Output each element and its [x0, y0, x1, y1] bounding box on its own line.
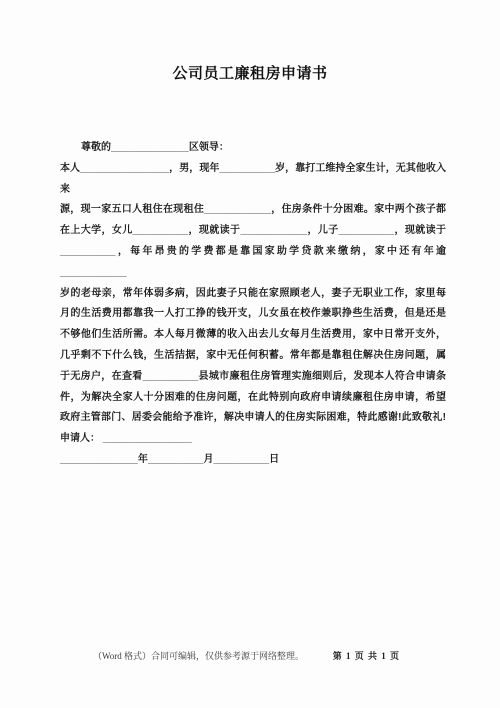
document-title: 公司员工廉租房申请书	[0, 62, 500, 83]
body-line: 于无房户，在查看__________县城市廉租住房管理实施细则后，发现本人符合申…	[60, 367, 446, 388]
body-line: 件，为解决全家人十分困难的住房问题，在此特别向政府申请续廉租住房申请，希望	[60, 388, 446, 409]
body-line: 几乎剩不下什么钱，生活拮据，家中无任何积蓄。常年都是靠租住解决住房问题，属	[60, 346, 446, 367]
body-line-date: ______________年__________月__________日	[60, 450, 446, 471]
body-line: 源，现一家五口人租住在现租住____________，住房条件十分困难。家中两个…	[60, 200, 446, 221]
body-line: 月的生活费用都靠我一人打工挣的钱开支，儿女虽在校作兼职挣些生活费，但是还是	[60, 304, 446, 325]
body-line-applicant: 申请人： ________________	[60, 429, 446, 450]
body-line: 政府主管部门、居委会能给予准许，解决申请人的住房实际困难，特此感谢!此致敬礼!	[60, 408, 446, 429]
body-line: __________，每年昂贵的学费都是靠国家助学贷款来缴纳，家中还有年逾___…	[60, 242, 446, 284]
document-body: 尊敬的______________区领导： 本人________________…	[60, 138, 446, 471]
document-page: 公司员工廉租房申请书 尊敬的______________区领导： 本人_____…	[0, 0, 500, 708]
body-line: 不够他们生活所需。本人每月微薄的收入出去儿女每月生活费用，家中日常开支外，	[60, 325, 446, 346]
body-line: 岁的老母亲，常年体弱多病，因此妻子只能在家照顾老人，妻子无职业工作，家里每	[60, 284, 446, 305]
footer-note: （Word 格式）合同可编辑，仅供参考源于网络整理。	[93, 649, 304, 662]
page-number: 第 1 页 共 1 页	[333, 649, 400, 662]
body-line-salutation: 尊敬的______________区领导：	[60, 138, 446, 159]
body-line: 在上大学，女儿__________，现就读于____________，儿子___…	[60, 221, 446, 242]
body-line: 本人________________，男，现年__________岁，靠打工维持…	[60, 159, 446, 201]
document-footer: （Word 格式）合同可编辑，仅供参考源于网络整理。 第 1 页 共 1 页	[0, 649, 500, 662]
